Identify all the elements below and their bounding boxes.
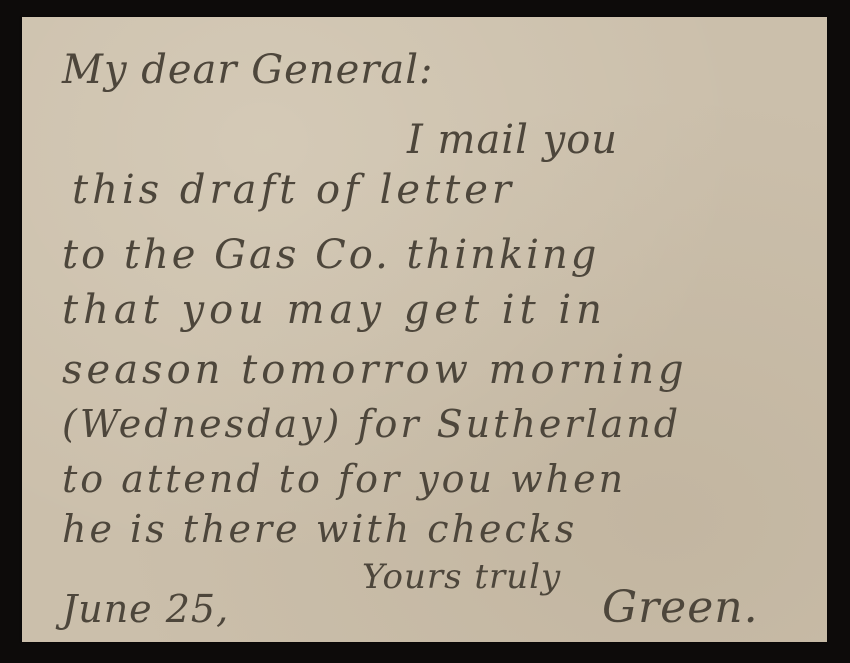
body-line-7: to attend to for you when [62,457,626,501]
signature: Green. [602,582,759,633]
body-line-5: season tomorrow morning [62,347,688,393]
letter-paper: My dear General: I mail you this draft o… [22,17,827,642]
body-line-8: he is there with checks [62,507,577,551]
body-line-4: that you may get it in [62,287,607,333]
body-line-3: to the Gas Co. thinking [62,232,599,278]
salutation: My dear General: [62,47,434,93]
body-line-2: this draft of letter [72,167,515,213]
date: June 25, [62,587,229,631]
body-line-1: I mail you [407,117,618,163]
body-line-6: (Wednesday) for Sutherland [62,402,681,446]
closing: Yours truly [362,557,561,597]
